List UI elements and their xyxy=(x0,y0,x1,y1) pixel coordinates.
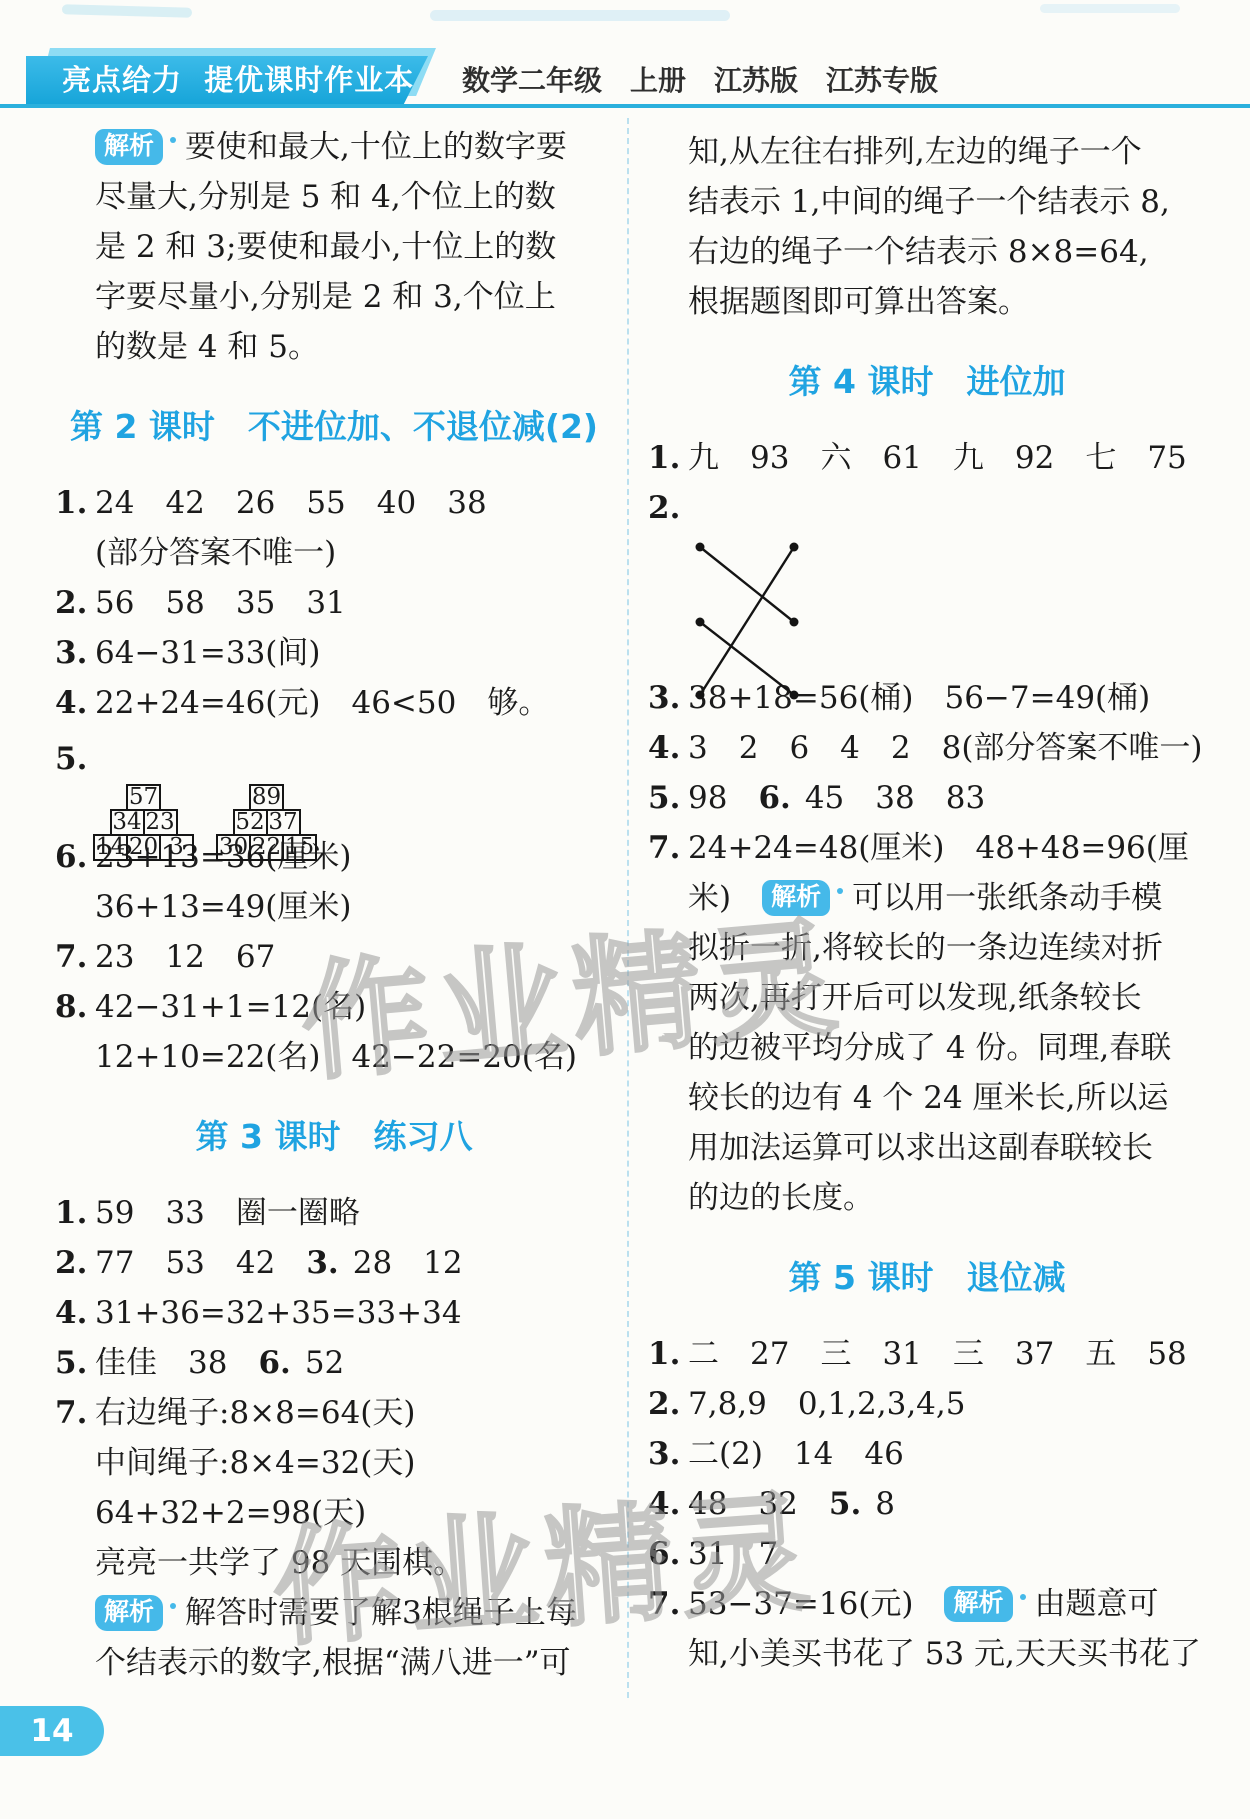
answer-line: (部分答案不唯一) xyxy=(55,528,613,578)
answer-line: 1.24 42 26 55 40 38 xyxy=(55,478,613,528)
answer-line: 中间绳子:8×4=32(天) xyxy=(55,1438,613,1488)
answer-text: 59 33 圈一圈略 xyxy=(95,1195,360,1231)
analysis-badge-dot xyxy=(1020,1594,1026,1600)
answer-line: 知,小美买书花了 53 元,天天买书花了 xyxy=(648,1629,1206,1679)
section-heading: 第 3 课时 练习八 xyxy=(55,1114,613,1160)
scan-artifact xyxy=(430,10,730,21)
section-heading: 第 5 课时 退位减 xyxy=(648,1255,1206,1301)
analysis-badge: 解析 xyxy=(95,1595,163,1631)
answer-text: 可以用一张纸条动手模 xyxy=(852,880,1162,916)
pyramid-row: 5237 xyxy=(233,809,301,836)
item-number: 2. xyxy=(648,483,688,533)
answer-text: 的数是 4 和 5。 xyxy=(95,329,319,365)
answer-text: 12+10=22(名) 42−22=20(名) xyxy=(95,1039,577,1075)
answer-line: 知,从左往右排列,左边的绳子一个 xyxy=(648,127,1206,177)
item-number: 2. xyxy=(55,578,95,628)
answer-line: 4.3 2 6 4 2 8(部分答案不唯一) xyxy=(648,723,1206,773)
analysis-badge-dot xyxy=(170,1603,176,1609)
brand-title: 亮点给力 提优课时作业本 xyxy=(26,56,444,104)
header-rule xyxy=(0,104,1250,108)
answer-line: 7.23 12 67 xyxy=(55,932,613,982)
answer-text: 较长的边有 4 个 24 厘米长,所以运 xyxy=(688,1080,1168,1116)
pyramid-row: 3423 xyxy=(110,809,178,836)
item-number: 4. xyxy=(648,723,688,773)
answer-text: 的边的长度。 xyxy=(688,1180,874,1216)
answer-text: 解答时需要了解3根绳子上每 xyxy=(185,1595,577,1631)
answer-text: 3 2 6 4 2 8(部分答案不唯一) xyxy=(688,730,1203,766)
answer-line: 7.24+24=48(厘米) 48+48=96(厘 xyxy=(648,823,1206,873)
answer-text: 知,小美买书花了 53 元,天天买书花了 xyxy=(688,1636,1201,1672)
answer-line: 的边被平均分成了 4 份。同理,春联 xyxy=(648,1023,1206,1073)
analysis-badge-dot xyxy=(837,888,843,894)
answer-line: 3.二(2) 14 46 xyxy=(648,1429,1206,1479)
answer-text: 要使和最大,十位上的数字要 xyxy=(185,129,567,165)
item-number: 5. xyxy=(648,773,688,823)
answer-line: 3.64−31=33(间) xyxy=(55,628,613,678)
answer-text: 尽量大,分别是 5 和 4,个位上的数 xyxy=(95,179,556,215)
answer-line: 结表示 1,中间的绳子一个结表示 8, xyxy=(648,177,1206,227)
pyramid-row: 57 xyxy=(126,784,161,811)
answer-line: 5.98 6.45 38 83 xyxy=(648,773,1206,823)
answer-text: 结表示 1,中间的绳子一个结表示 8, xyxy=(688,184,1170,220)
pyramid-row: 89 xyxy=(249,784,284,811)
answer-line: 根据题图即可算出答案。 xyxy=(648,277,1206,327)
answer-text: 二 27 三 31 三 37 五 58 xyxy=(688,1336,1187,1372)
item-number: 6. xyxy=(648,1529,688,1579)
pyramid-cell: 14 xyxy=(93,834,128,861)
scan-artifact xyxy=(62,4,192,17)
item-number: 3. xyxy=(648,673,688,723)
answer-line: 米) 解析可以用一张纸条动手模 xyxy=(648,873,1206,923)
answer-text: 米) xyxy=(688,880,762,916)
answer-line: 的数是 4 和 5。 xyxy=(55,322,613,372)
item-number: 5. xyxy=(829,1486,861,1522)
pyramid-cell: 3 xyxy=(159,834,194,861)
answer-text: 8 xyxy=(875,1486,895,1522)
answer-text: 的边被平均分成了 4 份。同理,春联 xyxy=(688,1030,1171,1066)
answer-text: 两次,再打开后可以发现,纸条较长 xyxy=(688,980,1142,1016)
item-number: 3. xyxy=(648,1429,688,1479)
answer-line: 2.77 53 42 3.28 12 xyxy=(55,1238,613,1288)
answer-line: 1.九 93 六 61 九 92 七 75 xyxy=(648,433,1206,483)
answer-text: 由题意可 xyxy=(1035,1586,1159,1622)
pyramid-cell: 15 xyxy=(282,834,317,861)
item-number: 6. xyxy=(55,832,95,882)
answer-line: 右边的绳子一个结表示 8×8=64, xyxy=(648,227,1206,277)
item-number: 2. xyxy=(648,1379,688,1429)
answer-line: 7.53−37=16(元) 解析由题意可 xyxy=(648,1579,1206,1629)
answer-line: 12+10=22(名) 42−22=20(名) xyxy=(55,1032,613,1082)
answer-text: 36+13=49(厘米) xyxy=(95,889,351,925)
answer-text: 右边的绳子一个结表示 8×8=64, xyxy=(688,234,1149,270)
answer-text: 字要尽量小,分别是 2 和 3,个位上 xyxy=(95,279,556,315)
answer-text: 拟折一折,将较长的一条边连续对折 xyxy=(688,930,1163,966)
answer-line: 64+32+2=98(天) xyxy=(55,1488,613,1538)
answer-text: 64−31=33(间) xyxy=(95,635,320,671)
answer-line: 4.48 32 5.8 xyxy=(648,1479,1206,1529)
section-heading: 第 2 课时 不进位加、不退位减(2) xyxy=(55,404,613,450)
answer-line: 尽量大,分别是 5 和 4,个位上的数 xyxy=(55,172,613,222)
answer-text: 知,从左往右排列,左边的绳子一个 xyxy=(688,134,1142,170)
item-number: 4. xyxy=(55,678,95,728)
answer-text: 24+24=48(厘米) 48+48=96(厘 xyxy=(688,830,1189,866)
answer-line: 两次,再打开后可以发现,纸条较长 xyxy=(648,973,1206,1023)
item-number: 5. xyxy=(55,1338,95,1388)
answer-text: 28 12 xyxy=(353,1245,463,1281)
answer-text: 23 12 67 xyxy=(95,939,275,975)
answer-line: 解析要使和最大,十位上的数字要 xyxy=(55,122,613,172)
number-pyramid: 895237302215 xyxy=(216,784,317,861)
scan-artifact xyxy=(1040,4,1180,13)
answer-line: 8.42−31+1=12(名) xyxy=(55,982,613,1032)
answer-text: 31+36=32+35=33+34 xyxy=(95,1295,462,1331)
item-number: 1. xyxy=(648,1329,688,1379)
line-matching-diagram xyxy=(694,533,814,709)
item-number: 5. xyxy=(55,734,95,784)
answer-text: 是 2 和 3;要使和最小,十位上的数 xyxy=(95,229,556,265)
answer-line: 较长的边有 4 个 24 厘米长,所以运 xyxy=(648,1073,1206,1123)
answer-text: 31 7 xyxy=(688,1536,778,1572)
number-pyramids: 57342314203895237302215 xyxy=(93,784,613,861)
answer-line: 36+13=49(厘米) xyxy=(55,882,613,932)
pyramid-cell: 52 xyxy=(233,809,268,836)
number-pyramid-item: 5.57342314203895237302215 xyxy=(55,728,613,832)
answer-text: 64+32+2=98(天) xyxy=(95,1495,366,1531)
analysis-badge-dot xyxy=(170,137,176,143)
answer-text: 52 xyxy=(305,1345,344,1381)
answer-text: 亮亮一共学了 98 天围棋。 xyxy=(95,1545,464,1581)
item-number: 2. xyxy=(55,1238,95,1288)
answer-line: 4.31+36=32+35=33+34 xyxy=(55,1288,613,1338)
right-column: 知,从左往右排列,左边的绳子一个结表示 1,中间的绳子一个结表示 8,右边的绳子… xyxy=(648,127,1206,1679)
analysis-badge: 解析 xyxy=(944,1586,1012,1622)
item-number: 7. xyxy=(55,1388,95,1438)
pyramid-cell: 37 xyxy=(266,809,301,836)
item-number: 7. xyxy=(648,1579,688,1629)
pyramid-cell: 22 xyxy=(249,834,284,861)
answer-line: 字要尽量小,分别是 2 和 3,个位上 xyxy=(55,272,613,322)
pyramid-row: 302215 xyxy=(216,834,317,861)
answer-text: 二(2) 14 46 xyxy=(688,1436,904,1472)
page-number-badge: 14 xyxy=(0,1706,104,1756)
item-number: 7. xyxy=(648,823,688,873)
answer-text: 77 53 42 xyxy=(95,1245,306,1281)
item-number: 4. xyxy=(648,1479,688,1529)
item-number: 8. xyxy=(55,982,95,1032)
item-number: 7. xyxy=(55,932,95,982)
answer-text: 用加法运算可以求出这副春联较长 xyxy=(688,1130,1153,1166)
answer-text: 45 38 83 xyxy=(805,780,985,816)
answer-line: 6.31 7 xyxy=(648,1529,1206,1579)
item-number: 3. xyxy=(55,628,95,678)
item-number: 4. xyxy=(55,1288,95,1338)
pyramid-cell: 30 xyxy=(216,834,251,861)
answer-text: 右边绳子:8×8=64(天) xyxy=(95,1395,415,1431)
answer-line: 7.右边绳子:8×8=64(天) xyxy=(55,1388,613,1438)
answer-line: 是 2 和 3;要使和最小,十位上的数 xyxy=(55,222,613,272)
answer-text: 佳佳 38 xyxy=(95,1345,258,1381)
column-divider xyxy=(627,118,629,1698)
workbook-answer-page: 亮点给力 提优课时作业本 数学二年级 上册 江苏版 江苏专版 解析要使和最大,十… xyxy=(0,0,1250,1819)
pyramid-cell: 23 xyxy=(143,809,178,836)
analysis-badge: 解析 xyxy=(762,880,830,916)
answer-line: 2.7,8,9 0,1,2,3,4,5 xyxy=(648,1379,1206,1429)
brand-banner: 亮点给力 提优课时作业本 xyxy=(26,56,428,104)
line-matching-item: 2. xyxy=(648,483,1206,673)
pyramid-cell: 57 xyxy=(126,784,161,811)
left-column: 解析要使和最大,十位上的数字要尽量大,分别是 5 和 4,个位上的数是 2 和 … xyxy=(55,122,613,1688)
item-number: 1. xyxy=(55,478,95,528)
answer-text: 48 32 xyxy=(688,1486,829,1522)
answer-line: 1.二 27 三 31 三 37 五 58 xyxy=(648,1329,1206,1379)
item-number: 1. xyxy=(648,433,688,483)
answer-line: 的边的长度。 xyxy=(648,1173,1206,1223)
answer-line: 亮亮一共学了 98 天围棋。 xyxy=(55,1538,613,1588)
answer-line: 用加法运算可以求出这副春联较长 xyxy=(648,1123,1206,1173)
answer-text: 24 42 26 55 40 38 xyxy=(95,485,487,521)
answer-text: 个结表示的数字,根据“满八进一”可 xyxy=(95,1645,571,1681)
answer-text: 22+24=46(元) 46<50 够。 xyxy=(95,685,549,721)
answer-text: (部分答案不唯一) xyxy=(95,535,336,571)
answer-text: 56 58 35 31 xyxy=(95,585,346,621)
edition-title: 数学二年级 上册 江苏版 江苏专版 xyxy=(462,56,938,104)
answer-text: 九 93 六 61 九 92 七 75 xyxy=(688,440,1187,476)
item-number: 6. xyxy=(758,780,790,816)
pyramid-cell: 20 xyxy=(126,834,161,861)
item-number: 3. xyxy=(306,1245,338,1281)
answer-line: 拟折一折,将较长的一条边连续对折 xyxy=(648,923,1206,973)
item-number: 6. xyxy=(258,1345,290,1381)
answer-text: 根据题图即可算出答案。 xyxy=(688,284,1029,320)
pyramid-cell: 89 xyxy=(249,784,284,811)
answer-line: 解析解答时需要了解3根绳子上每 xyxy=(55,1588,613,1638)
answer-line: 2.56 58 35 31 xyxy=(55,578,613,628)
answer-text: 53−37=16(元) xyxy=(688,1586,944,1622)
number-pyramid: 57342314203 xyxy=(93,784,194,861)
answer-text: 中间绳子:8×4=32(天) xyxy=(95,1445,415,1481)
answer-line: 5.佳佳 38 6.52 xyxy=(55,1338,613,1388)
pyramid-cell: 34 xyxy=(110,809,145,836)
section-heading: 第 4 课时 进位加 xyxy=(648,359,1206,405)
pyramid-row: 14203 xyxy=(93,834,194,861)
answer-line: 个结表示的数字,根据“满八进一”可 xyxy=(55,1638,613,1688)
answer-line: 1.59 33 圈一圈略 xyxy=(55,1188,613,1238)
answer-text: 42−31+1=12(名) xyxy=(95,989,366,1025)
analysis-badge: 解析 xyxy=(95,129,163,165)
answer-line: 4.22+24=46(元) 46<50 够。 xyxy=(55,678,613,728)
answer-text: 98 xyxy=(688,780,758,816)
answer-text: 7,8,9 0,1,2,3,4,5 xyxy=(688,1386,966,1422)
item-number: 1. xyxy=(55,1188,95,1238)
